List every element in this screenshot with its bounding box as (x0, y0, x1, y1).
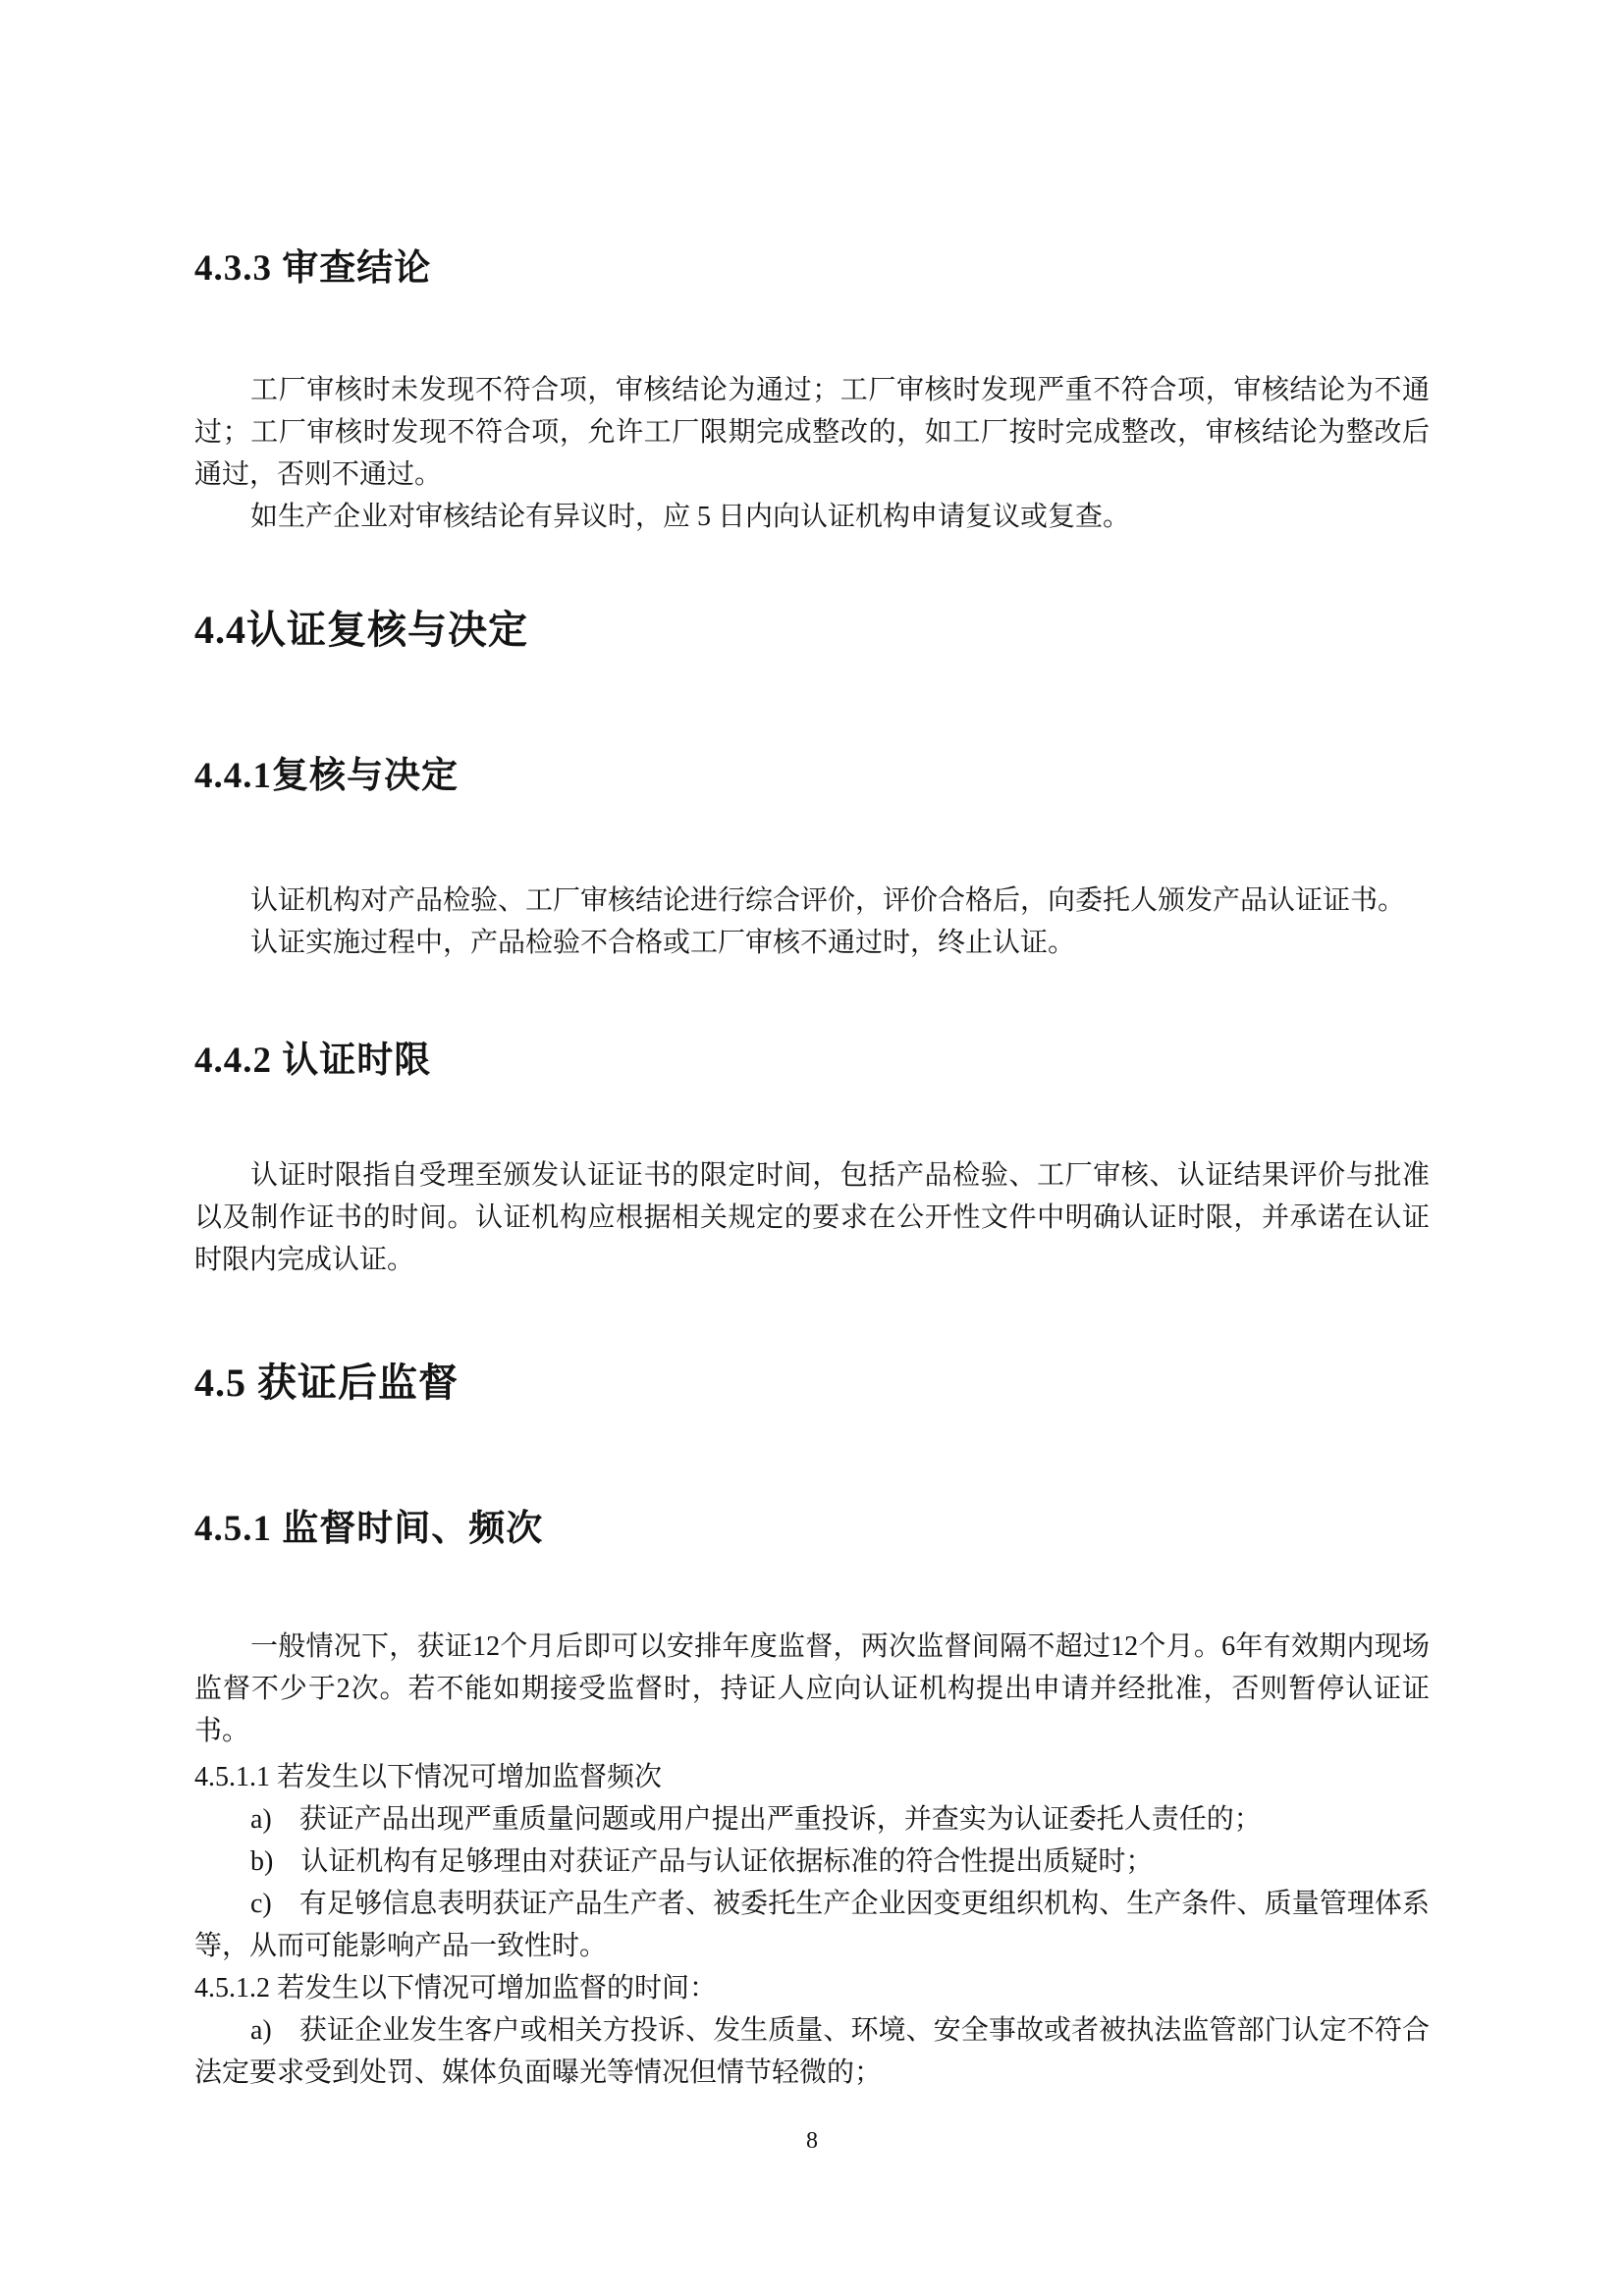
paragraph-comprehensive-evaluation: 认证机构对产品检验、工厂审核结论进行综合评价，评价合格后，向委托人颁发产品认证证… (194, 880, 1430, 922)
page-number: 8 (0, 2128, 1624, 2155)
paragraph-audit-conclusion-rules: 工厂审核时未发现不符合项，审核结论为通过；工厂审核时发现严重不符合项，审核结论为… (194, 369, 1430, 496)
heading-4-4-review-and-decision: 4.4认证复核与决定 (194, 604, 1430, 657)
heading-4-5-1-supervision-time-frequency: 4.5.1 监督时间、频次 (194, 1505, 1430, 1554)
list-item-a-complaints-incidents: a) 获证企业发生客户或相关方投诉、发生质量、环境、安全事故或者被执法监管部门认… (194, 2009, 1430, 2094)
list-item-a-quality-problem: a) 获证产品出现严重质量问题或用户提出严重投诉，并查实为认证委托人责任的； (194, 1798, 1430, 1841)
line-4-5-1-1-increase-frequency: 4.5.1.1 若发生以下情况可增加监督频次 (194, 1756, 1430, 1798)
list-item-c-organization-change: c) 有足够信息表明获证产品生产者、被委托生产企业因变更组织机构、生产条件、质量… (194, 1883, 1430, 1967)
paragraph-supervision-schedule: 一般情况下，获证12个月后即可以安排年度监督，两次监督间隔不超过12个月。6年有… (194, 1626, 1430, 1752)
paragraph-time-limit-definition: 认证时限指自受理至颁发认证证书的限定时间，包括产品检验、工厂审核、认证结果评价与… (194, 1154, 1430, 1281)
line-4-5-1-2-increase-time: 4.5.1.2 若发生以下情况可增加监督的时间： (194, 1967, 1430, 2009)
document-content: 4.3.3 审查结论 工厂审核时未发现不符合项，审核结论为通过；工厂审核时发现严… (194, 0, 1430, 2094)
heading-4-5-post-certification-supervision: 4.5 获证后监督 (194, 1357, 1430, 1410)
document-page: 4.3.3 审查结论 工厂审核时未发现不符合项，审核结论为通过；工厂审核时发现严… (0, 0, 1624, 2296)
heading-4-4-1-review-decision: 4.4.1复核与决定 (194, 752, 1430, 801)
list-item-b-conformity-doubt: b) 认证机构有足够理由对获证产品与认证依据标准的符合性提出质疑时； (194, 1841, 1430, 1883)
paragraph-objection-procedure: 如生产企业对审核结论有异议时，应 5 日内向认证机构申请复议或复查。 (194, 496, 1430, 538)
paragraph-termination: 认证实施过程中，产品检验不合格或工厂审核不通过时，终止认证。 (194, 922, 1430, 964)
heading-4-3-3-audit-conclusion: 4.3.3 审查结论 (194, 244, 1430, 294)
heading-4-4-2-certification-time-limit: 4.4.2 认证时限 (194, 1037, 1430, 1086)
